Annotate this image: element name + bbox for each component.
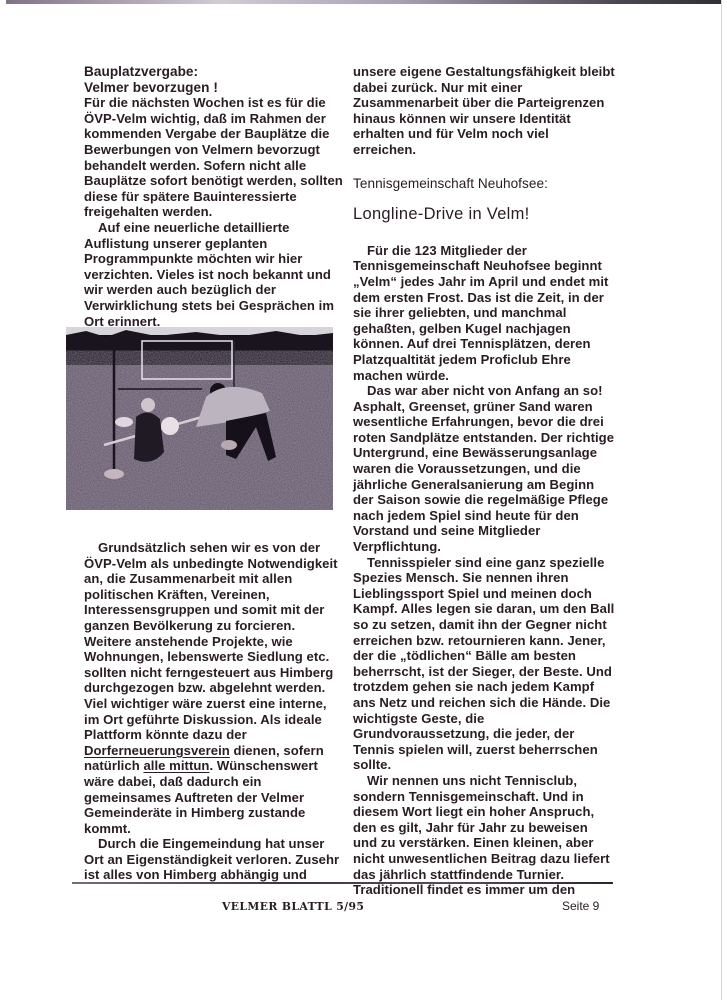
scan-right-edge <box>721 0 722 1000</box>
paragraph-programmpunkte: Auf eine neuerliche detaillierte Auflist… <box>84 220 344 329</box>
footer-divider <box>72 882 613 884</box>
paragraph-zusammenarbeit-text: Grundsätzlich sehen wir es von der ÖVP-V… <box>84 540 338 742</box>
section-label-tennisgemeinschaft: Tennisgemeinschaft Neuhofsee: <box>353 176 615 192</box>
dorferneuerungsverein-underlined: Dorferneuerungsverein <box>84 743 230 758</box>
left-column-lower: Grundsätzlich sehen wir es von der ÖVP-V… <box>84 540 344 883</box>
paragraph-tennisspieler: Tennisspieler sind eine ganz spezielle S… <box>353 555 615 773</box>
paragraph-zusammenarbeit: Grundsätzlich sehen wir es von der ÖVP-V… <box>84 540 344 836</box>
paragraph-tennisgemeinschaft: Wir nennen uns nicht Tennisclub, sondern… <box>353 773 615 898</box>
heading-velmer-bevorzugen: Velmer bevorzugen ! <box>84 80 344 96</box>
photo-image <box>66 327 333 510</box>
publication-title: VELMER BLATTL 5/95 <box>222 900 364 913</box>
heading-bauplatzvergabe: Bauplatzvergabe: <box>84 64 344 80</box>
scan-top-edge <box>6 0 721 4</box>
article-title-longline-drive: Longline-Drive in Velm! <box>353 207 615 223</box>
right-column: unsere eigene Gestaltungsfähigkeit bleib… <box>353 64 615 898</box>
photo-man-and-child <box>66 327 333 510</box>
paragraph-sandplaetze: Das war aber nicht von Anfang an so! Asp… <box>353 383 615 555</box>
paragraph-identitaet: unsere eigene Gestaltungsfähigkeit bleib… <box>353 64 615 158</box>
paragraph-eingemeindung: Durch die Eingemeindung hat unser Ort an… <box>84 836 344 883</box>
left-column: Bauplatzvergabe: Velmer bevorzugen ! Für… <box>84 64 344 329</box>
paragraph-mitglieder: Für die 123 Mitglieder der Tennisgemeins… <box>353 243 615 383</box>
page-number: Seite 9 <box>562 899 599 913</box>
alle-mittun-underlined: alle mittun <box>143 758 209 773</box>
paragraph-bauplaetze: Für die nächsten Wochen ist es für die Ö… <box>84 95 344 220</box>
